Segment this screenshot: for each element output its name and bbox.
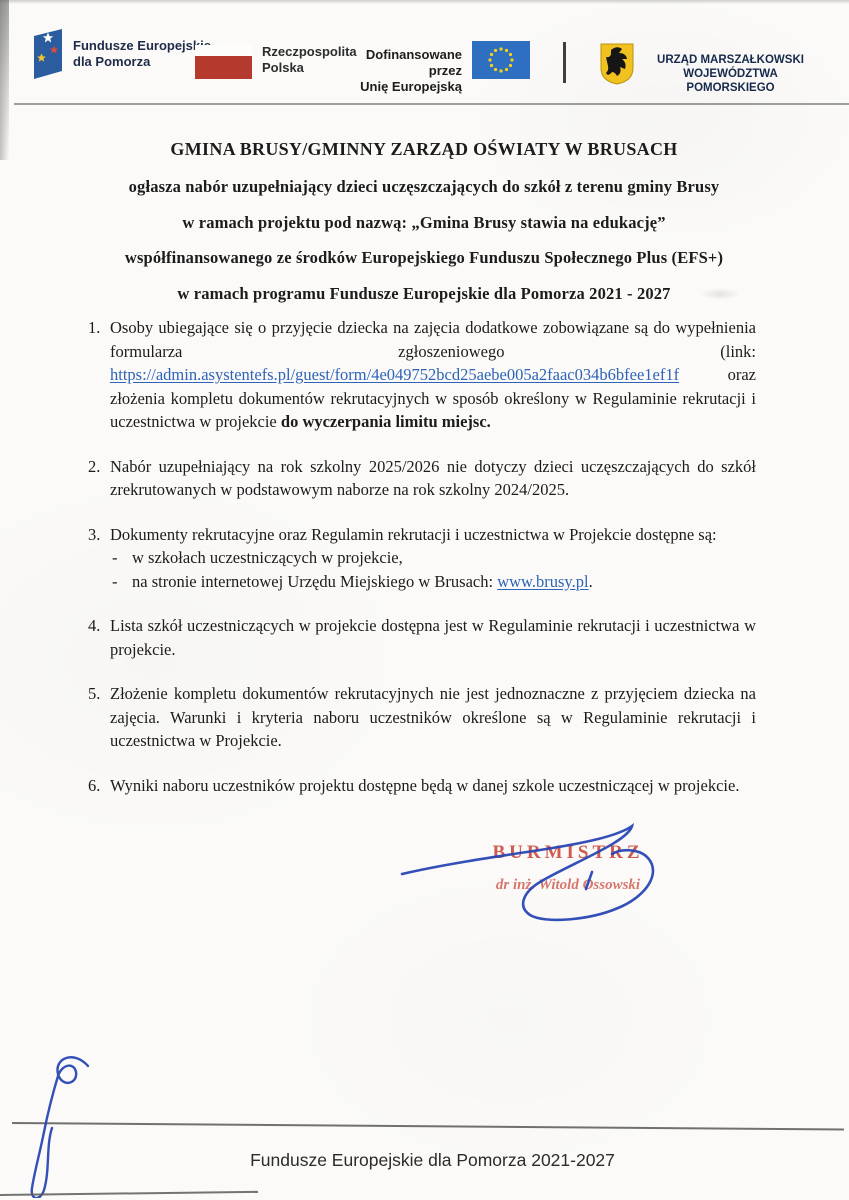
polish-flag-red-stripe — [195, 56, 252, 79]
item4-text: Lista szkół uczestniczących w projekcie … — [110, 616, 756, 659]
logo-poland-label-line2: Polska — [262, 60, 357, 76]
scan-smudge — [700, 288, 740, 300]
logo-poland-label: Rzeczpospolita Polska — [262, 44, 357, 76]
logo-fe-label-line2: dla Pomorza — [73, 54, 211, 70]
footer-program-label: Fundusze Europejskie dla Pomorza 2021-20… — [16, 1150, 849, 1171]
list-item-1: 1. Osoby ubiegające się o przyjęcie dzie… — [88, 316, 756, 434]
list-item-3-sub-1: - w szkołach uczestniczących w projekcie… — [110, 546, 756, 570]
bottom-left-scan-line — [0, 1191, 258, 1196]
list-item-2: 2. Nabór uzupełniający na rok szkolny 20… — [88, 455, 756, 502]
document-title: GMINA BRUSY/GMINNY ZARZĄD OŚWIATY W BRUS… — [84, 139, 764, 319]
eu-flag-icon — [472, 41, 530, 79]
logo-strip: Fundusze Europejskie dla Pomorza Rzeczpo… — [0, 0, 849, 110]
polish-flag-white-stripe — [195, 45, 252, 56]
list-item-5: 5. Złożenie kompletu dokumentów rekrutac… — [88, 682, 756, 753]
item3-text: Dokumenty rekrutacyjne oraz Regulamin re… — [110, 525, 717, 544]
pomerania-crest-icon — [598, 42, 636, 86]
item5-text: Złożenie kompletu dokumentów rekrutacyjn… — [110, 684, 756, 750]
item-number: 2. — [88, 455, 100, 479]
eu-funding-label-line1: Dofinansowane przez — [346, 47, 462, 79]
eu-funding-label-line2: Unię Europejską — [346, 79, 462, 95]
dash-bullet: - — [112, 546, 118, 570]
item2-text: Nabór uzupełniający na rok szkolny 2025/… — [110, 457, 756, 500]
item-number: 6. — [88, 774, 100, 798]
logo-fe-label-line1: Fundusze Europejskie — [73, 38, 211, 54]
dash-bullet: - — [112, 570, 118, 594]
item3-sub2-period: . — [589, 572, 593, 591]
marshal-office-label-line1: URZĄD MARSZAŁKOWSKI — [648, 53, 813, 67]
item1-bold-text: do wyczerpania limitu miejsc. — [281, 412, 491, 431]
scanned-document-page: Fundusze Europejskie dla Pomorza Rzeczpo… — [0, 0, 849, 1200]
marshal-office-label-line2: WOJEWÓDZTWA POMORSKIEGO — [648, 67, 813, 95]
logo-fundusze-europejskie: Fundusze Europejskie dla Pomorza — [32, 27, 211, 81]
list-item-3-sub-2: - na stronie internetowej Urzędu Miejski… — [110, 570, 756, 594]
item-number: 5. — [88, 682, 100, 706]
marshal-office-label: URZĄD MARSZAŁKOWSKI WOJEWÓDZTWA POMORSKI… — [648, 53, 813, 95]
title-line-1: GMINA BRUSY/GMINNY ZARZĄD OŚWIATY W BRUS… — [84, 139, 764, 160]
polish-flag-icon — [195, 45, 252, 79]
title-line-5: w ramach programu Fundusze Europejskie d… — [84, 284, 764, 304]
item3-sub2-text: na stronie internetowej Urzędu Miejskieg… — [132, 572, 493, 591]
title-line-2: ogłasza nabór uzupełniający dzieci uczęs… — [84, 177, 764, 197]
mayor-stamp-title: BURMISTRZ — [468, 842, 668, 864]
eu-funding-label: Dofinansowane przez Unię Europejską — [346, 47, 462, 95]
signature-block: BURMISTRZ dr inż. Witold Ossowski — [468, 842, 668, 894]
footer-rule — [12, 1122, 844, 1130]
eu-funds-flag-icon — [32, 27, 64, 81]
item-number: 1. — [88, 316, 100, 340]
registration-form-link[interactable]: https://admin.asystentefs.pl/guest/form/… — [110, 365, 679, 384]
mayor-stamp-name: dr inż. Witold Ossowski — [468, 877, 668, 894]
title-line-3: w ramach projektu pod nazwą: „Gmina Brus… — [84, 213, 764, 233]
item-number: 3. — [88, 523, 100, 547]
item-number: 4. — [88, 614, 100, 638]
header-rule — [14, 103, 849, 105]
list-item-3: 3. Dokumenty rekrutacyjne oraz Regulamin… — [88, 523, 756, 594]
item6-text: Wyniki naboru uczestników projektu dostę… — [110, 776, 739, 795]
logo-poland-label-line1: Rzeczpospolita — [262, 44, 357, 60]
title-line-4: współfinansowanego ze środków Europejski… — [84, 248, 764, 268]
list-item-6: 6. Wyniki naboru uczestników projektu do… — [88, 774, 756, 798]
numbered-list: 1. Osoby ubiegające się o przyjęcie dzie… — [88, 316, 756, 818]
header-divider-bar — [563, 42, 566, 83]
brusy-website-link[interactable]: www.brusy.pl — [497, 572, 588, 591]
item1-text-before-link: Osoby ubiegające się o przyjęcie dziecka… — [110, 318, 756, 361]
item3-sub1-text: w szkołach uczestniczących w projekcie, — [132, 548, 403, 567]
list-item-4: 4. Lista szkół uczestniczących w projekc… — [88, 614, 756, 661]
